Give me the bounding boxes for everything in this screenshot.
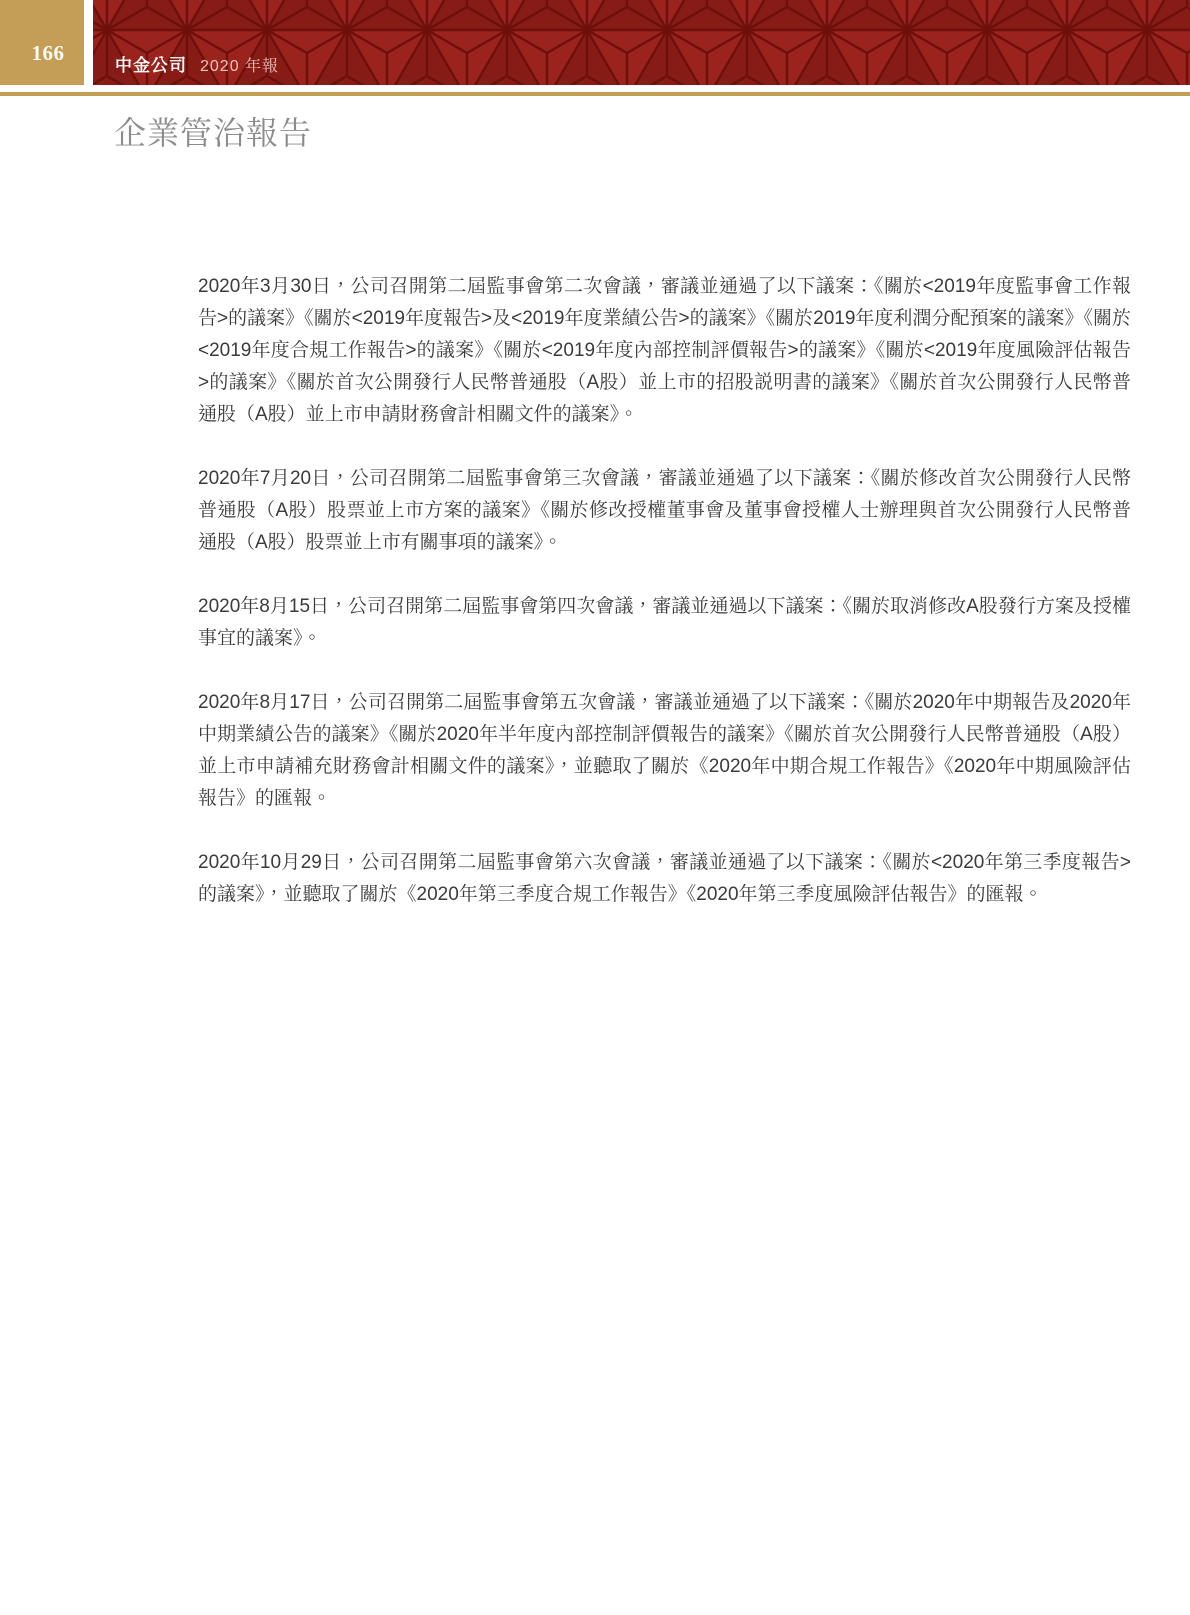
page-number-badge: 166 (0, 0, 84, 85)
company-name: 中金公司 (115, 56, 187, 75)
paragraph-meeting-2020-07-20: 2020年7月20日，公司召開第二屆監事會第三次會議，審議並通過了以下議案：《關… (198, 463, 1131, 559)
gold-divider (0, 92, 1190, 96)
header-banner: 中金公司2020 年報 (93, 0, 1190, 85)
section-title: 企業管治報告 (114, 108, 312, 154)
paragraph-meeting-2020-10-29: 2020年10月29日，公司召開第二屆監事會第六次會議，審議並通過了以下議案：《… (198, 847, 1131, 911)
paragraph-meeting-2020-08-17: 2020年8月17日，公司召開第二屆監事會第五次會議，審議並通過了以下議案：《關… (198, 687, 1131, 815)
report-page: 166 中金公司2020 (0, 0, 1190, 1615)
report-edition: 2020 年報 (200, 58, 279, 75)
body-content: 2020年3月30日，公司召開第二屆監事會第二次會議，審議並通過了以下議案：《關… (198, 271, 1131, 943)
banner-text: 中金公司2020 年報 (115, 51, 279, 76)
page-number: 166 (32, 41, 65, 66)
paragraph-meeting-2020-08-15: 2020年8月15日，公司召開第二屆監事會第四次會議，審議並通過以下議案：《關於… (198, 591, 1131, 655)
paragraph-meeting-2020-03-30: 2020年3月30日，公司召開第二屆監事會第二次會議，審議並通過了以下議案：《關… (198, 271, 1131, 431)
